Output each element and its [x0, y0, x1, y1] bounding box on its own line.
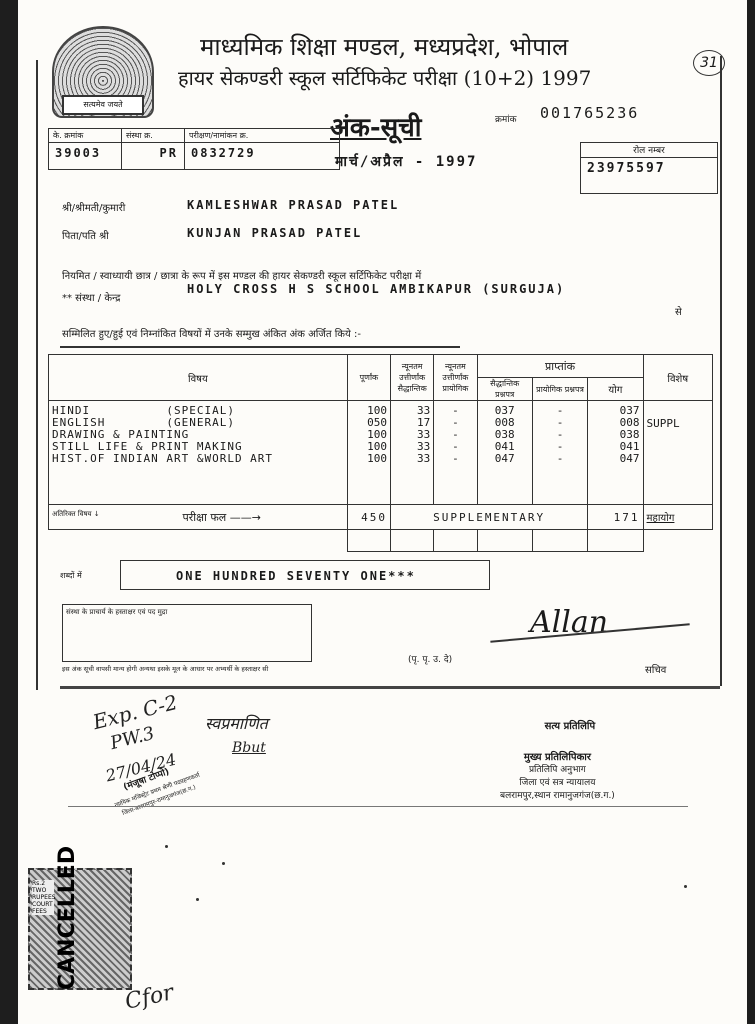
obtained-practical-column: - - - - -: [532, 401, 587, 505]
grand-total-label: महायोग: [643, 505, 712, 530]
marks-table: विषय पूर्णांक न्यूनतम उत्तीर्णांक सैद्धा…: [48, 354, 713, 552]
self-attested-note: स्वप्रमाणित: [205, 712, 268, 734]
min-theory-column: 33 17 33 33 33: [391, 401, 434, 505]
header-min-practical: न्यूनतम उत्तीर्णांक प्रायोगिक: [434, 355, 477, 401]
initials: Bbut: [232, 740, 266, 756]
secretary-label: सचिव: [645, 662, 666, 676]
roll-number: 23975597: [581, 158, 717, 179]
header-obtained-theory: सैद्धान्तिक प्रश्नपत्र: [477, 378, 532, 401]
statement-line-2: सम्मिलित हुए/हुई एवं निम्नांकित विषयों म…: [62, 326, 361, 340]
abbrev-note: (पृ. पृ. उ. दे): [408, 652, 452, 665]
principal-seal-label: संस्था के प्राचार्य के हस्ताक्षर एवं पद …: [66, 608, 167, 616]
header-obtained: प्राप्तांक: [477, 355, 643, 378]
header-total: योग: [588, 378, 643, 401]
blank-row: [49, 530, 713, 552]
serial-number: 001765236: [540, 104, 639, 122]
page-border-right: [720, 56, 722, 686]
max-marks-column: 100 050 100 100 100: [347, 401, 390, 505]
result-label: अतिरिक्त विषय ↓ परीक्षा फल ——→: [49, 505, 348, 530]
document-title: अंक-सूची: [330, 108, 421, 144]
father-label: पिता/पति श्री: [62, 228, 109, 242]
subjects-row: HINDI (SPECIAL) ENGLISH (GENERAL) DRAWIN…: [49, 401, 713, 505]
centre-code-cell: के. क्रमांक 39003: [49, 129, 122, 169]
min-practical-column: - - - - -: [434, 401, 477, 505]
marks-in-words: ONE HUNDRED SEVENTY ONE***: [120, 560, 490, 590]
grand-max-marks: 450: [347, 505, 390, 530]
header-max-marks: पूर्णांक: [347, 355, 390, 401]
divider: [60, 346, 460, 348]
header-remarks: विशेष: [643, 355, 712, 401]
remarks-column: SUPPL: [643, 401, 712, 505]
board-name: माध्यमिक शिक्षा मण्डल, मध्यप्रदेश, भोपाल: [200, 30, 568, 63]
institution-name: HOLY CROSS H S SCHOOL AMBIKAPUR (SURGUJA…: [187, 282, 565, 296]
header-subject: विषय: [49, 355, 348, 401]
grand-total: 171: [588, 505, 643, 530]
footnote: इस अंक सूची वापसी मान्य होगी अन्यथा इसके…: [62, 664, 268, 673]
result-row: अतिरिक्त विषय ↓ परीक्षा फल ——→ 450 SUPPL…: [49, 505, 713, 530]
exam-result: SUPPLEMENTARY: [391, 505, 588, 530]
header-obtained-practical: प्रायोगिक प्रश्नपत्र: [532, 378, 587, 401]
roll-number-box: रोल नम्बर 23975597: [580, 142, 718, 194]
subjects-column: HINDI (SPECIAL) ENGLISH (GENERAL) DRAWIN…: [49, 401, 348, 505]
in-words-label: शब्दों में: [60, 570, 82, 581]
page-number-mark: 31: [693, 50, 725, 76]
statement-se: से: [675, 304, 682, 318]
obtained-theory-column: 037 008 038 041 047: [477, 401, 532, 505]
true-copy-stamp: सत्य प्रतिलिपि मुख्य प्रतिलिपिकार प्रतिल…: [500, 720, 615, 803]
annotation-divider: [68, 806, 688, 807]
institution-code-cell: संस्था क्र. PR: [122, 129, 185, 169]
scan-frame-right: [747, 0, 755, 1024]
candidate-label: श्री/श्रीमती/कुमारी: [62, 200, 125, 214]
institution-label: ** संस्था / केन्द्र: [62, 290, 120, 304]
exam-name: हायर सेकण्डरी स्कूल सर्टिफिकेट परीक्षा (…: [178, 64, 591, 91]
scan-frame-left: [0, 0, 18, 1024]
exam-session: मार्च/अप्रैल - 1997: [335, 152, 477, 171]
principal-seal-box: संस्था के प्राचार्य के हस्ताक्षर एवं पद …: [62, 604, 312, 662]
page-border-bottom: [60, 686, 720, 689]
id-fields-box: के. क्रमांक 39003 संस्था क्र. PR परीक्षण…: [48, 128, 340, 170]
father-name: KUNJAN PRASAD PATEL: [187, 226, 362, 240]
enrolment-number-cell: परीक्षण/नामांकन क्र. 0832729: [185, 129, 339, 169]
stamp-value: Rs.2 TWO RUPEES COURT FEES: [32, 880, 54, 915]
header-min-theory: न्यूनतम उत्तीर्णांक सैद्धान्तिक: [391, 355, 434, 401]
statement-line-1: नियमित / स्वाध्यायी छात्र / छात्रा के रू…: [62, 268, 421, 282]
cancelled-stamp: CANCELLED: [55, 870, 95, 990]
candidate-name: KAMLESHWAR PRASAD PATEL: [187, 198, 399, 212]
roll-number-label: रोल नम्बर: [581, 143, 717, 158]
emblem-label: सत्यमेव जयते: [62, 95, 144, 115]
page-border-left: [36, 60, 38, 690]
total-column: 037 008 038 041 047: [588, 401, 643, 505]
serial-label: क्रमांक: [495, 112, 517, 125]
